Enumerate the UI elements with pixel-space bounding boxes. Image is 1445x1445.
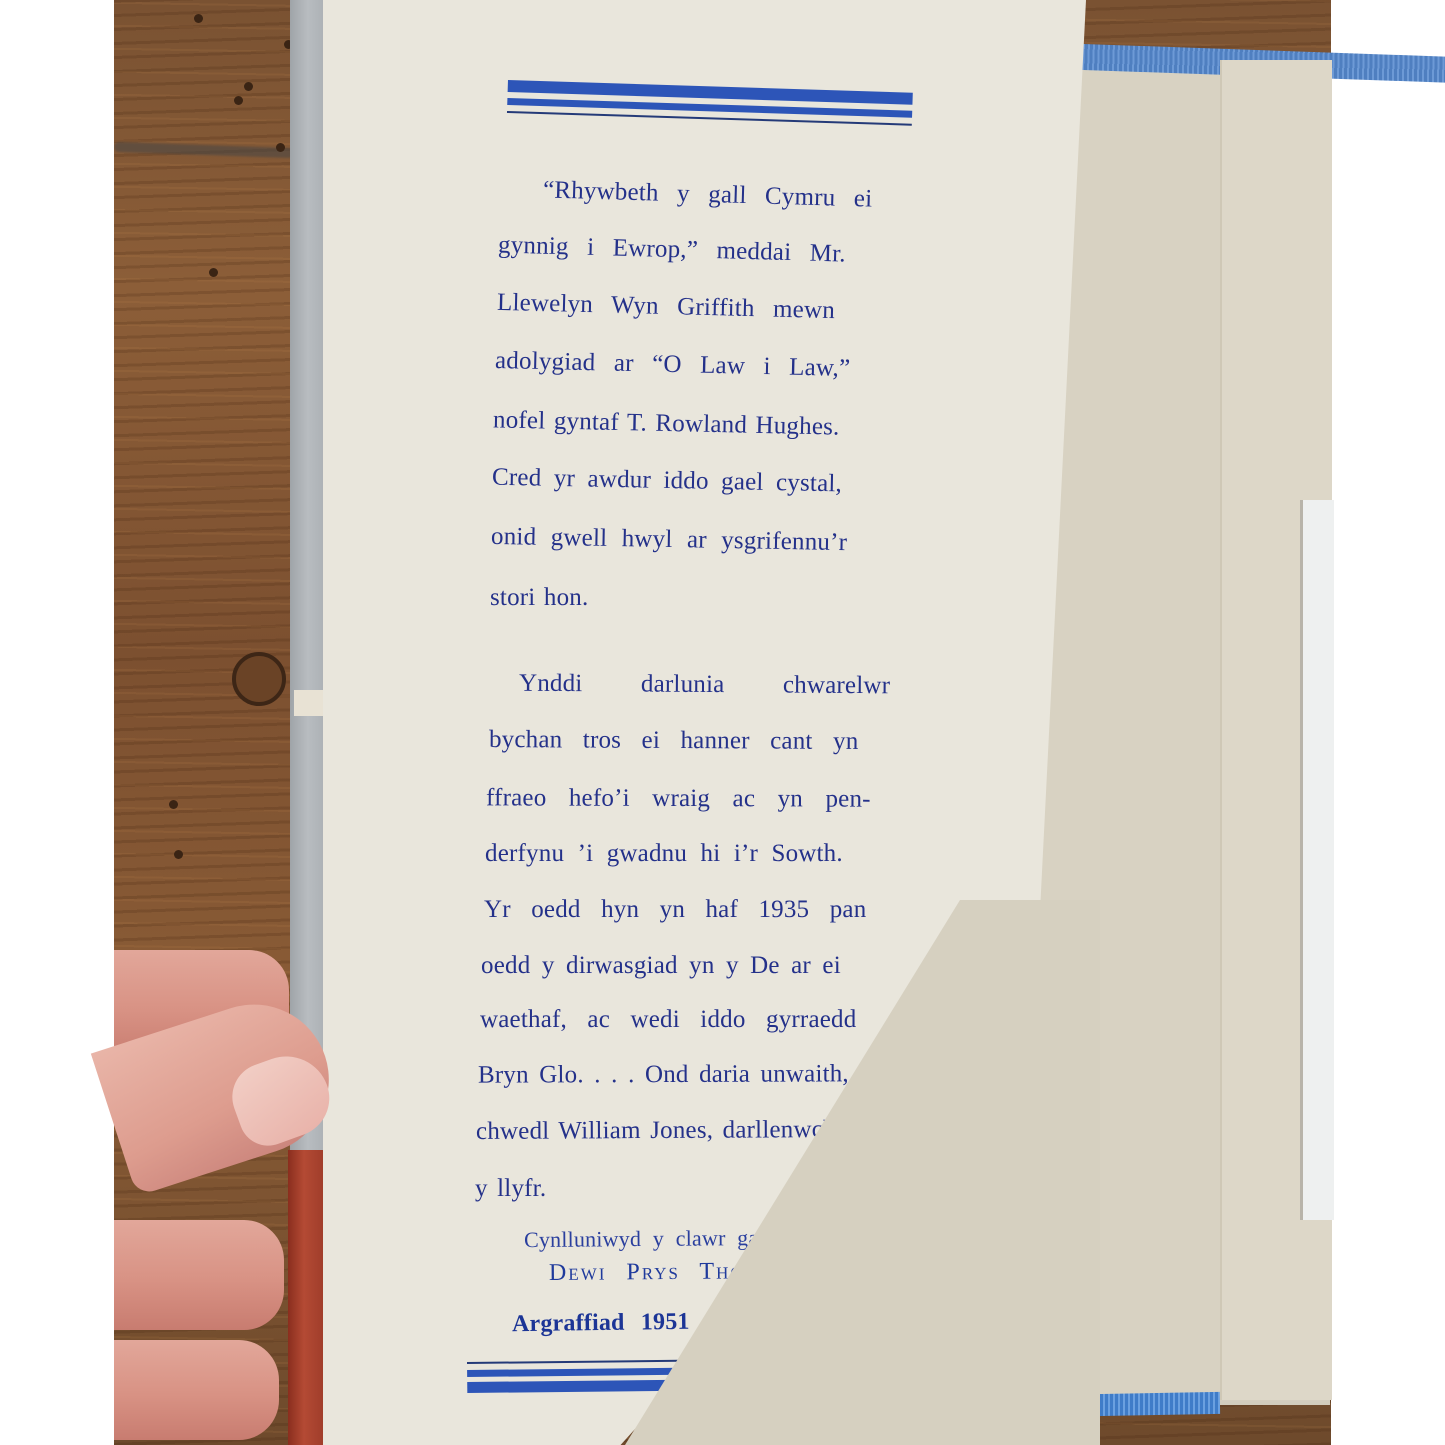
finger (114, 1340, 279, 1440)
inner-flap (1300, 500, 1334, 1220)
finger (114, 1220, 284, 1330)
wood-knot (232, 652, 286, 706)
hand (114, 940, 334, 1445)
cover-design-credit: Cynlluniwyd y clawr gan (524, 1225, 770, 1253)
flap-text-line: waethaf, ac wedi iddo gyrraedd (480, 1006, 856, 1034)
wood-hole (234, 96, 243, 105)
wood-hole (244, 82, 253, 91)
flap-text-line: y llyfr. (475, 1175, 546, 1203)
flap-text-line: Yr oedd hyn yn haf 1935 pan (484, 896, 866, 924)
flap-text-line: stori hon. (490, 584, 588, 612)
flap-text-line: Bryn Glo. . . . Ond daria unwaith, (478, 1060, 849, 1089)
edition-year: Argraffiad 1951 (512, 1309, 690, 1338)
flap-text-line: derfynu ’i gwadnu hi i’r Sowth. (485, 840, 843, 868)
flap-text-line: chwedl William Jones, darllenwch (476, 1116, 836, 1146)
wood-crack (114, 142, 294, 158)
wood-hole (194, 14, 203, 23)
wood-hole (169, 800, 178, 809)
wood-hole (276, 143, 285, 152)
flap-text-line: oedd y dirwasgiad yn y De ar ei (481, 952, 841, 980)
flap-text-line: ffraeo hefo’i wraig ac yn pen- (486, 784, 871, 813)
wood-hole (209, 268, 218, 277)
wood-hole (174, 850, 183, 859)
stripe-ornament-top (506, 80, 913, 155)
flap-text-line: Ynddi darlunia chwarelwr (519, 670, 890, 701)
flap-text-line: bychan tros ei hanner cant yn (489, 726, 859, 756)
